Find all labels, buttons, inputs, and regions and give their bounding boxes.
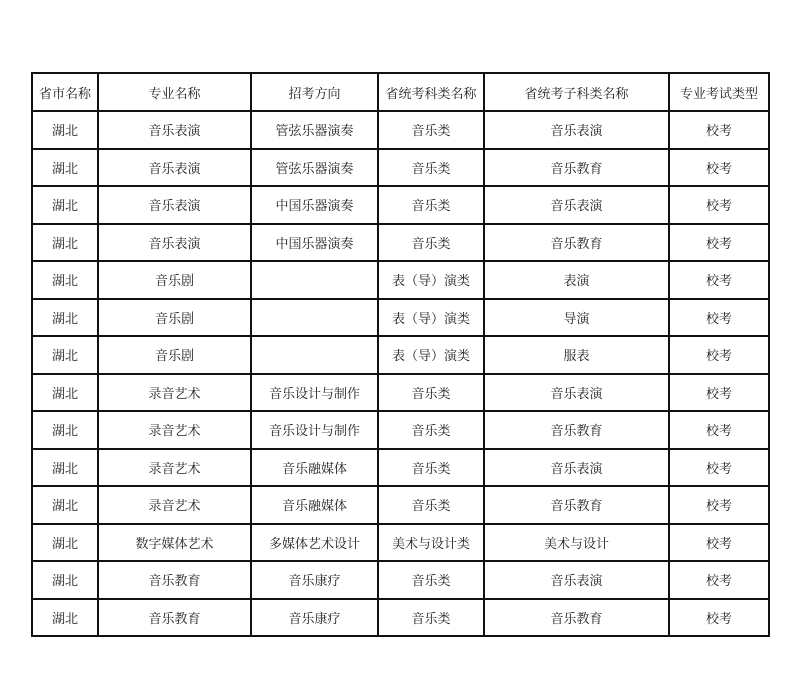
cell-exam-category: 音乐类 bbox=[378, 486, 484, 524]
cell-direction: 音乐设计与制作 bbox=[251, 411, 378, 449]
cell-exam-type: 校考 bbox=[669, 111, 769, 149]
cell-major: 录音艺术 bbox=[98, 411, 251, 449]
cell-direction: 音乐设计与制作 bbox=[251, 374, 378, 412]
cell-province: 湖北 bbox=[32, 111, 98, 149]
table-row: 湖北 音乐表演 管弦乐器演奏 音乐类 音乐表演 校考 bbox=[32, 111, 769, 149]
cell-exam-subcategory: 音乐表演 bbox=[484, 561, 669, 599]
table-row: 湖北 音乐剧 表（导）演类 导演 校考 bbox=[32, 299, 769, 337]
cell-direction: 管弦乐器演奏 bbox=[251, 149, 378, 187]
cell-direction: 中国乐器演奏 bbox=[251, 186, 378, 224]
cell-major: 音乐剧 bbox=[98, 299, 251, 337]
cell-exam-category: 音乐类 bbox=[378, 374, 484, 412]
cell-exam-type: 校考 bbox=[669, 374, 769, 412]
table-row: 湖北 音乐表演 中国乐器演奏 音乐类 音乐表演 校考 bbox=[32, 186, 769, 224]
cell-exam-type: 校考 bbox=[669, 524, 769, 562]
cell-exam-subcategory: 音乐教育 bbox=[484, 149, 669, 187]
table-row: 湖北 音乐剧 表（导）演类 表演 校考 bbox=[32, 261, 769, 299]
cell-exam-category: 表（导）演类 bbox=[378, 261, 484, 299]
cell-major: 音乐表演 bbox=[98, 111, 251, 149]
column-header-exam-category: 省统考科类名称 bbox=[378, 73, 484, 111]
cell-direction: 中国乐器演奏 bbox=[251, 224, 378, 262]
cell-province: 湖北 bbox=[32, 224, 98, 262]
cell-exam-type: 校考 bbox=[669, 599, 769, 637]
cell-direction bbox=[251, 299, 378, 337]
cell-exam-category: 音乐类 bbox=[378, 186, 484, 224]
table-body: 湖北 音乐表演 管弦乐器演奏 音乐类 音乐表演 校考 湖北 音乐表演 管弦乐器演… bbox=[32, 111, 769, 636]
cell-province: 湖北 bbox=[32, 449, 98, 487]
cell-exam-type: 校考 bbox=[669, 449, 769, 487]
cell-province: 湖北 bbox=[32, 149, 98, 187]
table-row: 湖北 音乐教育 音乐康疗 音乐类 音乐教育 校考 bbox=[32, 599, 769, 637]
cell-major: 录音艺术 bbox=[98, 374, 251, 412]
cell-province: 湖北 bbox=[32, 486, 98, 524]
cell-province: 湖北 bbox=[32, 561, 98, 599]
cell-exam-category: 表（导）演类 bbox=[378, 299, 484, 337]
column-header-major: 专业名称 bbox=[98, 73, 251, 111]
cell-major: 音乐剧 bbox=[98, 261, 251, 299]
cell-province: 湖北 bbox=[32, 374, 98, 412]
cell-exam-subcategory: 音乐教育 bbox=[484, 224, 669, 262]
cell-province: 湖北 bbox=[32, 336, 98, 374]
table-row: 湖北 音乐教育 音乐康疗 音乐类 音乐表演 校考 bbox=[32, 561, 769, 599]
cell-direction: 管弦乐器演奏 bbox=[251, 111, 378, 149]
cell-exam-category: 美术与设计类 bbox=[378, 524, 484, 562]
cell-major: 音乐教育 bbox=[98, 599, 251, 637]
document-page: 省市名称 专业名称 招考方向 省统考科类名称 省统考子科类名称 专业考试类型 湖… bbox=[0, 0, 794, 692]
cell-province: 湖北 bbox=[32, 411, 98, 449]
cell-major: 音乐剧 bbox=[98, 336, 251, 374]
cell-exam-category: 音乐类 bbox=[378, 149, 484, 187]
table-row: 湖北 音乐表演 中国乐器演奏 音乐类 音乐教育 校考 bbox=[32, 224, 769, 262]
cell-direction: 多媒体艺术设计 bbox=[251, 524, 378, 562]
cell-exam-subcategory: 表演 bbox=[484, 261, 669, 299]
cell-direction bbox=[251, 336, 378, 374]
cell-exam-type: 校考 bbox=[669, 561, 769, 599]
cell-province: 湖北 bbox=[32, 599, 98, 637]
cell-exam-subcategory: 音乐表演 bbox=[484, 449, 669, 487]
table-row: 湖北 录音艺术 音乐设计与制作 音乐类 音乐表演 校考 bbox=[32, 374, 769, 412]
cell-direction: 音乐康疗 bbox=[251, 599, 378, 637]
cell-province: 湖北 bbox=[32, 524, 98, 562]
cell-major: 数字媒体艺术 bbox=[98, 524, 251, 562]
cell-direction bbox=[251, 261, 378, 299]
cell-exam-category: 音乐类 bbox=[378, 111, 484, 149]
cell-exam-type: 校考 bbox=[669, 149, 769, 187]
table-row: 湖北 数字媒体艺术 多媒体艺术设计 美术与设计类 美术与设计 校考 bbox=[32, 524, 769, 562]
column-header-province: 省市名称 bbox=[32, 73, 98, 111]
cell-exam-type: 校考 bbox=[669, 336, 769, 374]
cell-exam-subcategory: 音乐表演 bbox=[484, 374, 669, 412]
table-row: 湖北 录音艺术 音乐设计与制作 音乐类 音乐教育 校考 bbox=[32, 411, 769, 449]
cell-exam-category: 音乐类 bbox=[378, 599, 484, 637]
cell-exam-type: 校考 bbox=[669, 261, 769, 299]
cell-exam-subcategory: 导演 bbox=[484, 299, 669, 337]
cell-major: 录音艺术 bbox=[98, 486, 251, 524]
cell-exam-subcategory: 音乐表演 bbox=[484, 186, 669, 224]
cell-province: 湖北 bbox=[32, 299, 98, 337]
cell-exam-category: 音乐类 bbox=[378, 449, 484, 487]
cell-major: 音乐教育 bbox=[98, 561, 251, 599]
table-row: 湖北 录音艺术 音乐融媒体 音乐类 音乐教育 校考 bbox=[32, 486, 769, 524]
cell-exam-subcategory: 美术与设计 bbox=[484, 524, 669, 562]
cell-major: 录音艺术 bbox=[98, 449, 251, 487]
cell-major: 音乐表演 bbox=[98, 186, 251, 224]
cell-exam-category: 表（导）演类 bbox=[378, 336, 484, 374]
cell-exam-type: 校考 bbox=[669, 299, 769, 337]
cell-direction: 音乐融媒体 bbox=[251, 486, 378, 524]
table-row: 湖北 音乐剧 表（导）演类 服表 校考 bbox=[32, 336, 769, 374]
cell-province: 湖北 bbox=[32, 261, 98, 299]
column-header-exam-type: 专业考试类型 bbox=[669, 73, 769, 111]
column-header-exam-subcategory: 省统考子科类名称 bbox=[484, 73, 669, 111]
cell-major: 音乐表演 bbox=[98, 224, 251, 262]
cell-exam-subcategory: 音乐教育 bbox=[484, 599, 669, 637]
cell-direction: 音乐融媒体 bbox=[251, 449, 378, 487]
cell-exam-subcategory: 服表 bbox=[484, 336, 669, 374]
cell-exam-type: 校考 bbox=[669, 486, 769, 524]
column-header-direction: 招考方向 bbox=[251, 73, 378, 111]
cell-exam-type: 校考 bbox=[669, 411, 769, 449]
table-header-row: 省市名称 专业名称 招考方向 省统考科类名称 省统考子科类名称 专业考试类型 bbox=[32, 73, 769, 111]
cell-exam-type: 校考 bbox=[669, 186, 769, 224]
cell-exam-subcategory: 音乐教育 bbox=[484, 411, 669, 449]
cell-exam-category: 音乐类 bbox=[378, 224, 484, 262]
cell-province: 湖北 bbox=[32, 186, 98, 224]
cell-exam-subcategory: 音乐表演 bbox=[484, 111, 669, 149]
cell-exam-type: 校考 bbox=[669, 224, 769, 262]
table-row: 湖北 音乐表演 管弦乐器演奏 音乐类 音乐教育 校考 bbox=[32, 149, 769, 187]
cell-exam-category: 音乐类 bbox=[378, 411, 484, 449]
cell-exam-category: 音乐类 bbox=[378, 561, 484, 599]
cell-direction: 音乐康疗 bbox=[251, 561, 378, 599]
cell-major: 音乐表演 bbox=[98, 149, 251, 187]
exam-categories-table: 省市名称 专业名称 招考方向 省统考科类名称 省统考子科类名称 专业考试类型 湖… bbox=[31, 72, 770, 637]
table-row: 湖北 录音艺术 音乐融媒体 音乐类 音乐表演 校考 bbox=[32, 449, 769, 487]
cell-exam-subcategory: 音乐教育 bbox=[484, 486, 669, 524]
